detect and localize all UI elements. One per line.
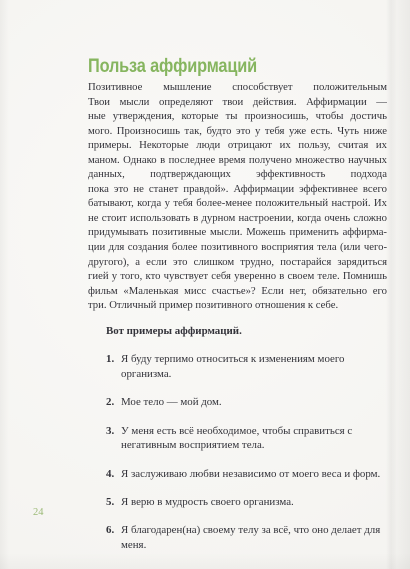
item-text: Я буду терпимо относиться к изменениям м… bbox=[121, 352, 388, 382]
body-line: гией у того, кто чувствует себя уверенно… bbox=[88, 269, 387, 284]
item-number: 2. bbox=[106, 395, 121, 410]
body-line: не стоит использовать в дурном настроени… bbox=[88, 211, 387, 226]
book-page: Польза аффирмаций Позитивное мышление сп… bbox=[0, 0, 410, 569]
body-line: Твои мысли определяют твои действия. Афф… bbox=[88, 95, 387, 110]
body-line: ные утверждения, которые ты произносишь,… bbox=[88, 109, 387, 124]
body-line: данных, подтверждающих эффективность под… bbox=[88, 167, 387, 182]
body-line: ции для создания более позитивного воспр… bbox=[88, 240, 387, 255]
affirmation-item: 5. Я верю в мудрость своего организма. bbox=[106, 495, 388, 510]
body-line: другого), а если это слишком трудно, пос… bbox=[88, 255, 387, 270]
item-number: 6. bbox=[106, 523, 121, 553]
affirmation-item: 4. Я заслуживаю любви независимо от моег… bbox=[106, 467, 388, 482]
affirmations-list: 1. Я буду терпимо относиться к изменения… bbox=[106, 352, 388, 553]
affirmation-item: 2. Мое тело — мой дом. bbox=[106, 395, 388, 410]
body-line: три. Отличный пример позитивного отношен… bbox=[88, 298, 387, 313]
body-line: Позитивное мышление способствует положит… bbox=[88, 80, 387, 95]
item-text: Я благодарен(на) своему телу за всё, что… bbox=[121, 523, 388, 553]
body-line: примеры. Некоторые люди отрицают их поль… bbox=[88, 138, 387, 153]
body-line: придумывать позитивные мысли. Можешь при… bbox=[88, 225, 387, 240]
body-paragraph: Позитивное мышление способствует положит… bbox=[88, 80, 387, 313]
item-number: 5. bbox=[106, 495, 121, 510]
affirmation-item: 1. Я буду терпимо относиться к изменения… bbox=[106, 352, 388, 382]
examples-heading: Вот примеры аффирмаций. bbox=[106, 324, 242, 339]
item-text: Я заслуживаю любви независимо от моего в… bbox=[121, 467, 388, 482]
body-line: батывают, когда у тебя более-менее полож… bbox=[88, 196, 387, 211]
item-number: 3. bbox=[106, 424, 121, 454]
body-line: пока это не станет правдой». Аффирмации … bbox=[88, 182, 387, 197]
page-title: Польза аффирмаций bbox=[88, 56, 257, 78]
body-line: мого. Произносишь так, будто это у тебя … bbox=[88, 124, 387, 139]
item-text: У меня есть всё необходимое, чтобы справ… bbox=[121, 424, 388, 454]
item-number: 1. bbox=[106, 352, 121, 382]
page-number: 24 bbox=[33, 506, 44, 520]
item-text: Мое тело — мой дом. bbox=[121, 395, 388, 410]
item-text: Я верю в мудрость своего организма. bbox=[121, 495, 388, 510]
affirmation-item: 3. У меня есть всё необходимое, чтобы сп… bbox=[106, 424, 388, 454]
affirmation-item: 6. Я благодарен(на) своему телу за всё, … bbox=[106, 523, 388, 553]
body-line: фильм «Маленькая мисс счастье»? Если нет… bbox=[88, 284, 387, 299]
body-line: маном. Однако в последнее время получено… bbox=[88, 153, 387, 168]
item-number: 4. bbox=[106, 467, 121, 482]
